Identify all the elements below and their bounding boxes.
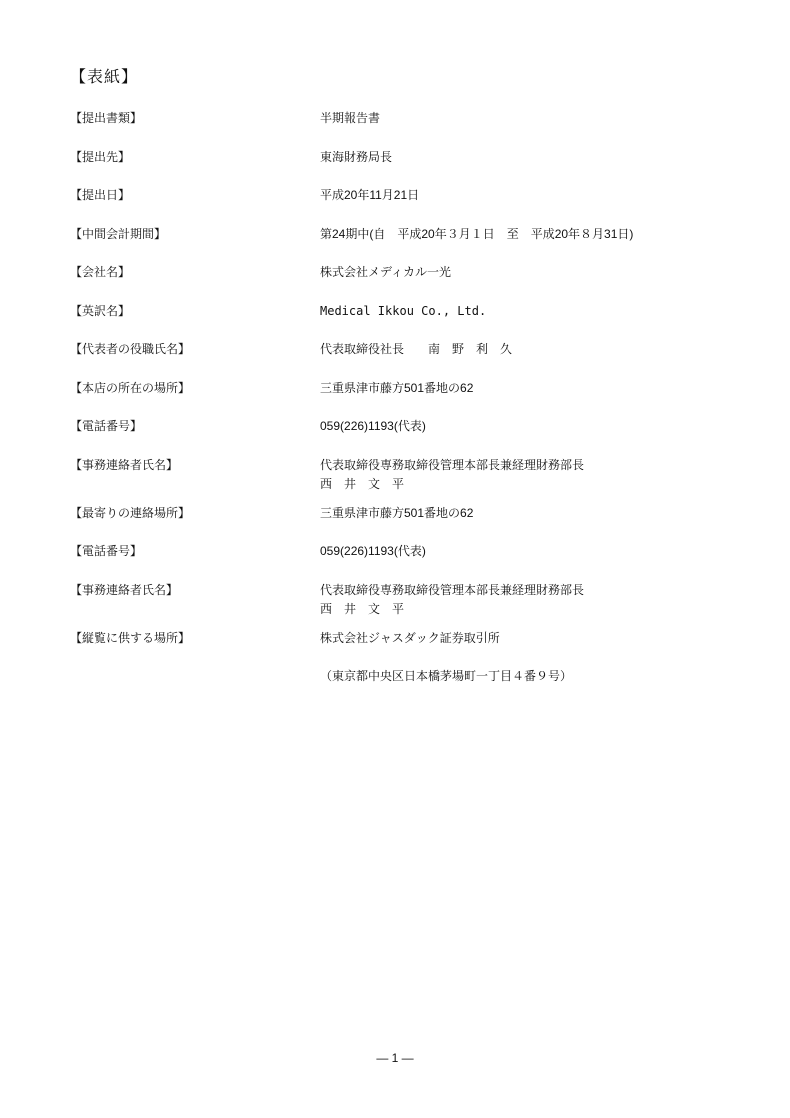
field-value: 代表取締役専務取締役管理本部長兼経理財務部長西 井 文 平 xyxy=(320,456,720,494)
field-label: 【英訳名】 xyxy=(70,302,320,321)
field-label: 【代表者の役職氏名】 xyxy=(70,340,320,359)
field-value-line: Medical Ikkou Co., Ltd. xyxy=(320,302,720,321)
field-label: 【縦覧に供する場所】 xyxy=(70,629,320,648)
field-value-line: 第24期中(自 平成20年３月１日 至 平成20年８月31日) xyxy=(320,225,720,244)
cover-row: 【提出日】 平成20年11月21日 xyxy=(70,186,720,205)
field-value: 株式会社ジャスダック証券取引所 xyxy=(320,629,720,648)
cover-row: 【電話番号】 059(226)1193(代表) xyxy=(70,542,720,561)
field-value-line: 059(226)1193(代表) xyxy=(320,542,720,561)
document-page: 【表紙】 【提出書類】 半期報告書 【提出先】 東海財務局長 【提出日】 平成2… xyxy=(0,0,790,1118)
field-value: 東海財務局長 xyxy=(320,148,720,167)
cover-row: 【英訳名】 Medical Ikkou Co., Ltd. xyxy=(70,302,720,321)
field-value: Medical Ikkou Co., Ltd. xyxy=(320,302,720,321)
field-value-line: 西 井 文 平 xyxy=(320,600,720,619)
field-label: 【提出書類】 xyxy=(70,109,320,128)
field-value: 三重県津市藤方501番地の62 xyxy=(320,504,720,523)
field-value: 代表取締役専務取締役管理本部長兼経理財務部長西 井 文 平 xyxy=(320,581,720,619)
cover-row: 【提出先】 東海財務局長 xyxy=(70,148,720,167)
page-footer: ― 1 ― xyxy=(0,1050,790,1066)
cover-row: 【本店の所在の場所】 三重県津市藤方501番地の62 xyxy=(70,379,720,398)
field-value-line: 059(226)1193(代表) xyxy=(320,417,720,436)
field-value-line: 代表取締役専務取締役管理本部長兼経理財務部長 xyxy=(320,581,720,600)
field-value: 三重県津市藤方501番地の62 xyxy=(320,379,720,398)
field-value: 059(226)1193(代表) xyxy=(320,542,720,561)
cover-row: 【電話番号】 059(226)1193(代表) xyxy=(70,417,720,436)
field-label: 【事務連絡者氏名】 xyxy=(70,581,320,600)
cover-row: 【事務連絡者氏名】 代表取締役専務取締役管理本部長兼経理財務部長西 井 文 平 xyxy=(70,581,720,619)
cover-row: 【事務連絡者氏名】 代表取締役専務取締役管理本部長兼経理財務部長西 井 文 平 xyxy=(70,456,720,494)
field-value: 半期報告書 xyxy=(320,109,720,128)
field-label: 【事務連絡者氏名】 xyxy=(70,456,320,475)
field-value-line: 三重県津市藤方501番地の62 xyxy=(320,504,720,523)
cover-row: 【縦覧に供する場所】 株式会社ジャスダック証券取引所 xyxy=(70,629,720,648)
field-label: 【中間会計期間】 xyxy=(70,225,320,244)
cover-row: 【会社名】 株式会社メディカル一光 xyxy=(70,263,720,282)
cover-row: 【代表者の役職氏名】 代表取締役社長 南 野 利 久 xyxy=(70,340,720,359)
field-label: 【会社名】 xyxy=(70,263,320,282)
field-value: （東京都中央区日本橋茅場町一丁目４番９号） xyxy=(320,667,720,686)
field-value-line: 株式会社ジャスダック証券取引所 xyxy=(320,629,720,648)
field-value: 第24期中(自 平成20年３月１日 至 平成20年８月31日) xyxy=(320,225,720,244)
field-label: 【本店の所在の場所】 xyxy=(70,379,320,398)
field-value-line: （東京都中央区日本橋茅場町一丁目４番９号） xyxy=(320,667,720,686)
cover-row: 【最寄りの連絡場所】 三重県津市藤方501番地の62 xyxy=(70,504,720,523)
field-label: 【電話番号】 xyxy=(70,417,320,436)
field-value-line: 代表取締役専務取締役管理本部長兼経理財務部長 xyxy=(320,456,720,475)
field-value-line: 半期報告書 xyxy=(320,109,720,128)
field-value-line: 三重県津市藤方501番地の62 xyxy=(320,379,720,398)
cover-field-list: 【提出書類】 半期報告書 【提出先】 東海財務局長 【提出日】 平成20年11月… xyxy=(70,109,720,686)
field-value: 059(226)1193(代表) xyxy=(320,417,720,436)
field-value-line: 代表取締役社長 南 野 利 久 xyxy=(320,340,720,359)
page-title: 【表紙】 xyxy=(70,66,720,90)
field-label: 【提出先】 xyxy=(70,148,320,167)
field-value-line: 株式会社メディカル一光 xyxy=(320,263,720,282)
field-value-line: 東海財務局長 xyxy=(320,148,720,167)
field-value: 平成20年11月21日 xyxy=(320,186,720,205)
field-value: 株式会社メディカル一光 xyxy=(320,263,720,282)
field-value-line: 西 井 文 平 xyxy=(320,475,720,494)
cover-row: 【中間会計期間】 第24期中(自 平成20年３月１日 至 平成20年８月31日) xyxy=(70,225,720,244)
cover-row: （東京都中央区日本橋茅場町一丁目４番９号） xyxy=(70,667,720,686)
page-number: ― 1 ― xyxy=(376,1051,413,1065)
field-value: 代表取締役社長 南 野 利 久 xyxy=(320,340,720,359)
field-value-line: 平成20年11月21日 xyxy=(320,186,720,205)
cover-row: 【提出書類】 半期報告書 xyxy=(70,109,720,128)
field-label: 【電話番号】 xyxy=(70,542,320,561)
field-label: 【最寄りの連絡場所】 xyxy=(70,504,320,523)
field-label: 【提出日】 xyxy=(70,186,320,205)
